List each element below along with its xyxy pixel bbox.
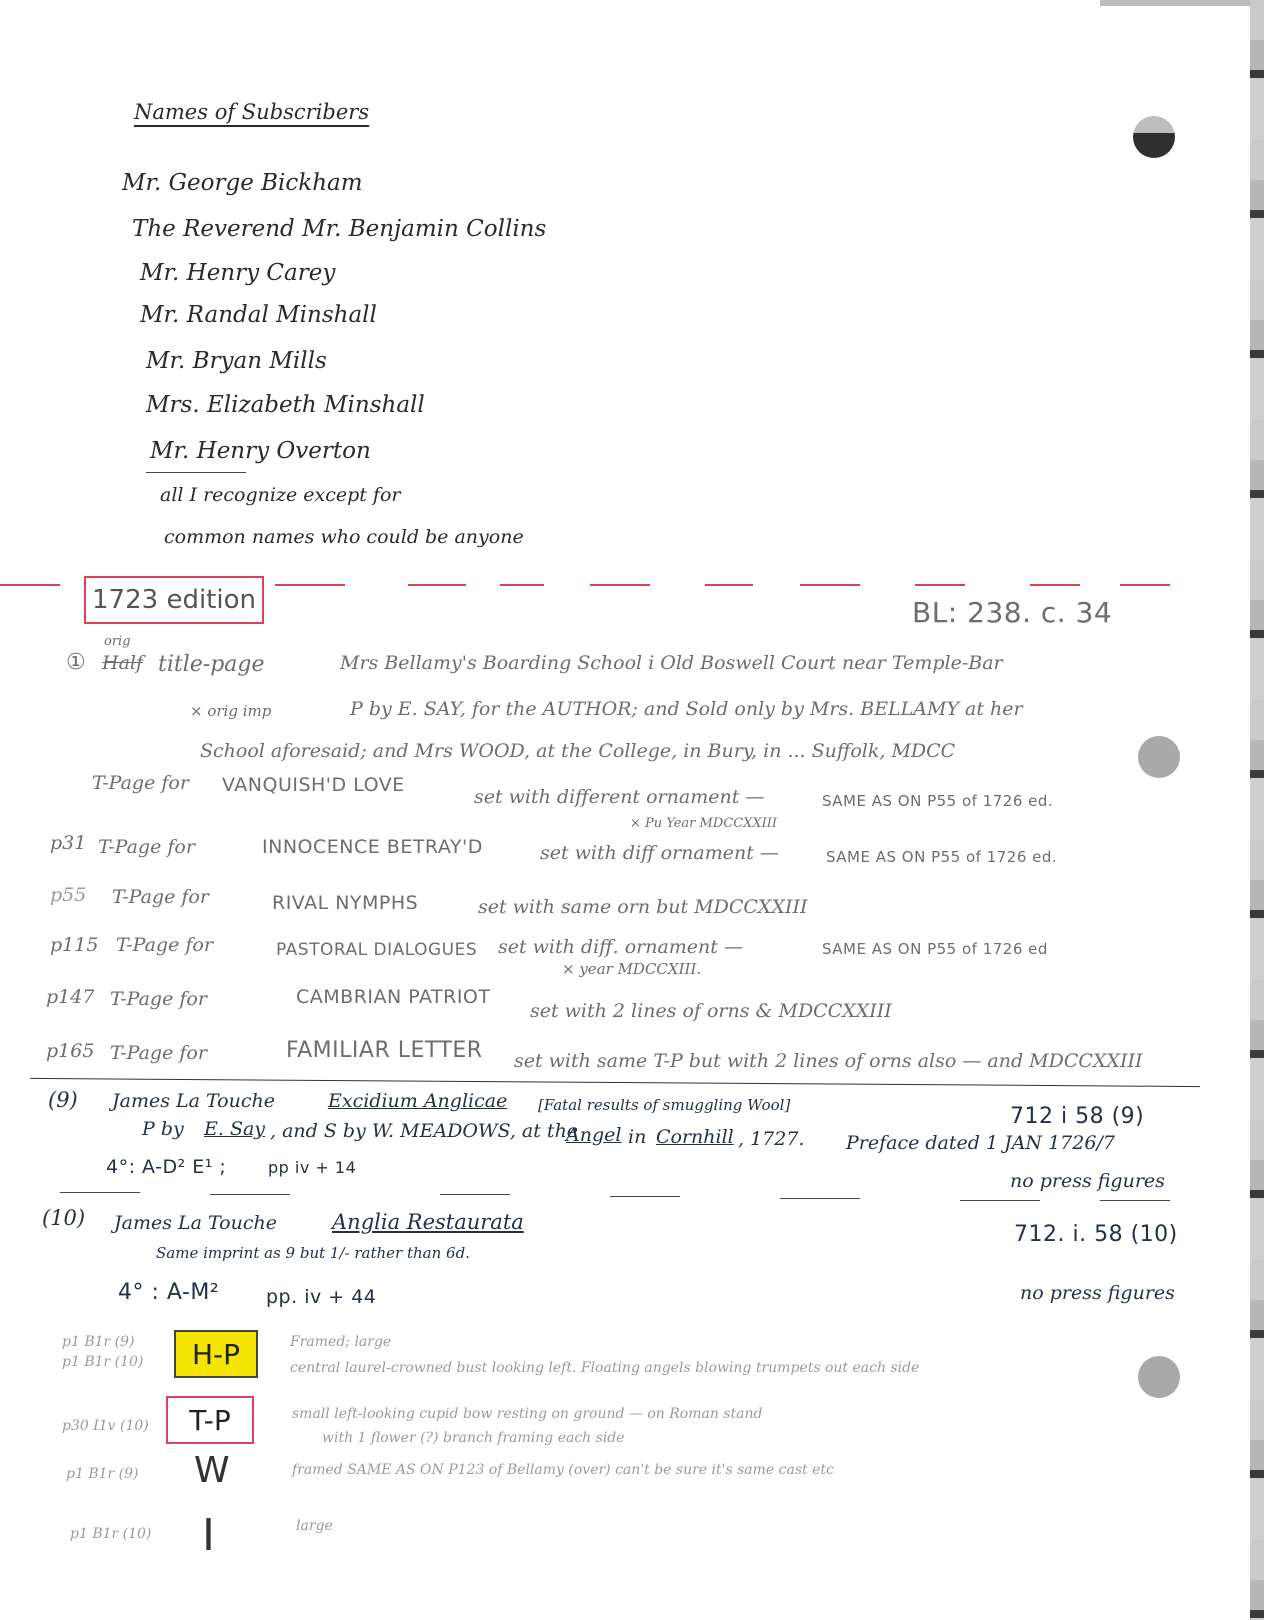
subscriber-name: Mr. Randal Minshall — [140, 302, 377, 328]
struck-word: Half — [102, 652, 143, 674]
insert-word: orig — [104, 634, 131, 649]
tpage-title: INNOCENCE BETRAY'D — [262, 836, 483, 858]
ornament-desc: Framed; large — [290, 1334, 391, 1350]
subscribers-note: all I recognize except for — [160, 484, 400, 506]
entry-collation: 4° : A-M² — [118, 1280, 219, 1305]
subscriber-name: Mrs. Elizabeth Minshall — [146, 392, 425, 418]
separator-dash — [408, 584, 466, 586]
title-page-label: title-page — [158, 652, 265, 677]
punch-hole-bottom — [1138, 1356, 1180, 1398]
ornament-ref: p1 B1r (9) — [62, 1334, 135, 1350]
tpage-title: RIVAL NYMPHS — [272, 892, 418, 914]
subscriber-name: The Reverend Mr. Benjamin Collins — [132, 216, 546, 242]
imprint-in: in — [628, 1126, 646, 1148]
tpage-label: T-Page for — [110, 1042, 207, 1064]
tpage-page: p31 — [50, 832, 86, 854]
tpage-label: T-Page for — [110, 988, 207, 1010]
entry-pages: pp. iv + 44 — [266, 1286, 376, 1308]
tailpiece-box: T-P — [166, 1396, 254, 1444]
entry-shelfmark: 712. i. 58 (10) — [1014, 1222, 1178, 1247]
imprint-line: P by E. SAY, for the AUTHOR; and Sold on… — [350, 698, 1023, 720]
tpage-title: PASTORAL DIALOGUES — [276, 940, 477, 960]
tpage-desc: set with diff ornament — — [540, 842, 779, 864]
entry-number: (9) — [48, 1088, 78, 1112]
punch-hole-middle — [1138, 736, 1180, 778]
tpage-title: CAMBRIAN PATRIOT — [296, 986, 490, 1008]
separator-dash — [1120, 584, 1170, 586]
section-divider — [30, 1078, 1200, 1087]
punch-hole-top — [1133, 116, 1175, 158]
section-underline — [1100, 1200, 1170, 1201]
subscribers-heading: Names of Subscribers — [134, 100, 369, 124]
entry-pages: pp iv + 14 — [268, 1158, 356, 1177]
shelfmark-bl: BL: 238. c. 34 — [912, 596, 1112, 629]
subscriber-name: Mr. George Bickham — [122, 170, 363, 196]
tpage-subnote: × year MDCCXIII. — [562, 960, 701, 978]
separator-dash — [800, 584, 860, 586]
entry-author: James La Touche — [114, 1212, 277, 1234]
separator-dash — [590, 584, 650, 586]
separator-dash — [705, 584, 753, 586]
entry-title: Anglia Restaurata — [332, 1210, 524, 1234]
tpage-desc: set with 2 lines of orns & MDCCXXIII — [530, 1000, 892, 1022]
entry-collation: 4°: A-D² E¹ ; — [106, 1156, 226, 1178]
ornament-ref: p1 B1r (10) — [70, 1526, 151, 1542]
separator-dash — [0, 584, 60, 586]
press-figures-note: no press figures — [1010, 1170, 1165, 1192]
subscriber-name: Mr. Henry Overton — [150, 438, 371, 464]
section-underline — [960, 1200, 1040, 1201]
tpage-desc: set with different ornament — — [474, 786, 764, 808]
imprint-place: Cornhill — [656, 1126, 734, 1148]
tpage-page: p147 — [46, 986, 94, 1008]
scanner-edge-right — [1250, 0, 1264, 1620]
separator-dash — [275, 584, 345, 586]
subscriber-name: Mr. Henry Carey — [140, 260, 335, 286]
entry-shelfmark: 712 i 58 (9) — [1010, 1104, 1144, 1129]
tpage-title: FAMILIAR LETTER — [286, 1038, 483, 1063]
entry-imprint-note: Same imprint as 9 but 1/- rather than 6d… — [156, 1244, 470, 1262]
item-number: ① — [66, 650, 86, 675]
section-underline — [60, 1192, 140, 1193]
imprint-line: School aforesaid; and Mrs WOOD, at the C… — [200, 740, 955, 762]
tpage-same-as: SAME AS ON P55 of 1726 ed. — [822, 792, 1053, 810]
section-underline — [610, 1196, 680, 1197]
tpage-label: T-Page for — [92, 772, 189, 794]
headpiece-box: H-P — [174, 1330, 258, 1378]
ornament-desc: small left-looking cupid bow resting on … — [292, 1406, 762, 1422]
ornament-initial: W — [194, 1450, 230, 1491]
tpage-desc: set with diff. ornament — — [498, 936, 743, 958]
tpage-page: p55 — [50, 884, 86, 906]
ornament-desc: large — [296, 1518, 333, 1534]
entry-number: (10) — [42, 1206, 85, 1230]
separator-dash — [1030, 584, 1080, 586]
entry-title: Excidium Anglicae — [328, 1090, 507, 1112]
section-underline — [440, 1194, 510, 1195]
tpage-title: VANQUISH'D LOVE — [222, 774, 405, 796]
imprint-sign: Angel — [566, 1124, 621, 1146]
edition-label-box: 1723 edition — [84, 576, 264, 624]
title-page-text: Mrs Bellamy's Boarding School i Old Bosw… — [340, 652, 1003, 674]
scanned-notebook-page: Names of Subscribers Mr. George Bickham … — [0, 0, 1264, 1620]
ornament-desc: framed SAME AS ON P123 of Bellamy (over)… — [292, 1462, 834, 1478]
ornament-desc: with 1 flower (?) branch framing each si… — [322, 1430, 625, 1446]
separator-dash — [915, 584, 965, 586]
ornament-ref: p30 I1v (10) — [62, 1418, 149, 1434]
entry-bracket-note: [Fatal results of smuggling Wool] — [538, 1096, 790, 1114]
subscriber-name: Mr. Bryan Mills — [146, 348, 327, 374]
ornament-desc: central laurel-crowned bust looking left… — [290, 1360, 919, 1376]
tpage-label: T-Page for — [98, 836, 195, 858]
tpage-desc: set with same T-P but with 2 lines of or… — [514, 1050, 1142, 1072]
entry-author: James La Touche — [112, 1090, 275, 1112]
imprint-year: , 1727. — [738, 1128, 804, 1150]
subscribers-note: common names who could be anyone — [164, 526, 524, 548]
section-underline — [780, 1198, 860, 1199]
tpage-label: T-Page for — [112, 886, 209, 908]
ornament-ref: p1 B1r (9) — [66, 1466, 139, 1482]
press-figures-note: no press figures — [1020, 1282, 1175, 1304]
imprint-printer: E. Say — [204, 1118, 265, 1140]
tpage-subnote: × Pu Year MDCCXXIII — [630, 816, 777, 831]
separator-dash — [500, 584, 544, 586]
tpage-desc: set with same orn but MDCCXXIII — [478, 896, 808, 918]
tpage-label: T-Page for — [116, 934, 213, 956]
imprint-prefix: P by — [142, 1118, 184, 1140]
imprint-mid: , and S by W. MEADOWS, at the — [270, 1120, 578, 1142]
orig-imp-note: × orig imp — [190, 702, 271, 720]
ornament-initial: I — [202, 1510, 215, 1561]
tpage-page: p115 — [50, 934, 98, 956]
scanner-edge-top — [1100, 0, 1264, 6]
section-underline — [210, 1194, 290, 1195]
tpage-same-as: SAME AS ON P55 of 1726 ed. — [826, 848, 1057, 866]
tpage-page: p165 — [46, 1040, 94, 1062]
entry-preface: Preface dated 1 JAN 1726/7 — [846, 1132, 1115, 1154]
tpage-same-as: SAME AS ON P55 of 1726 ed — [822, 940, 1048, 958]
name-underline — [146, 472, 246, 473]
ornament-ref: p1 B1r (10) — [62, 1354, 143, 1370]
